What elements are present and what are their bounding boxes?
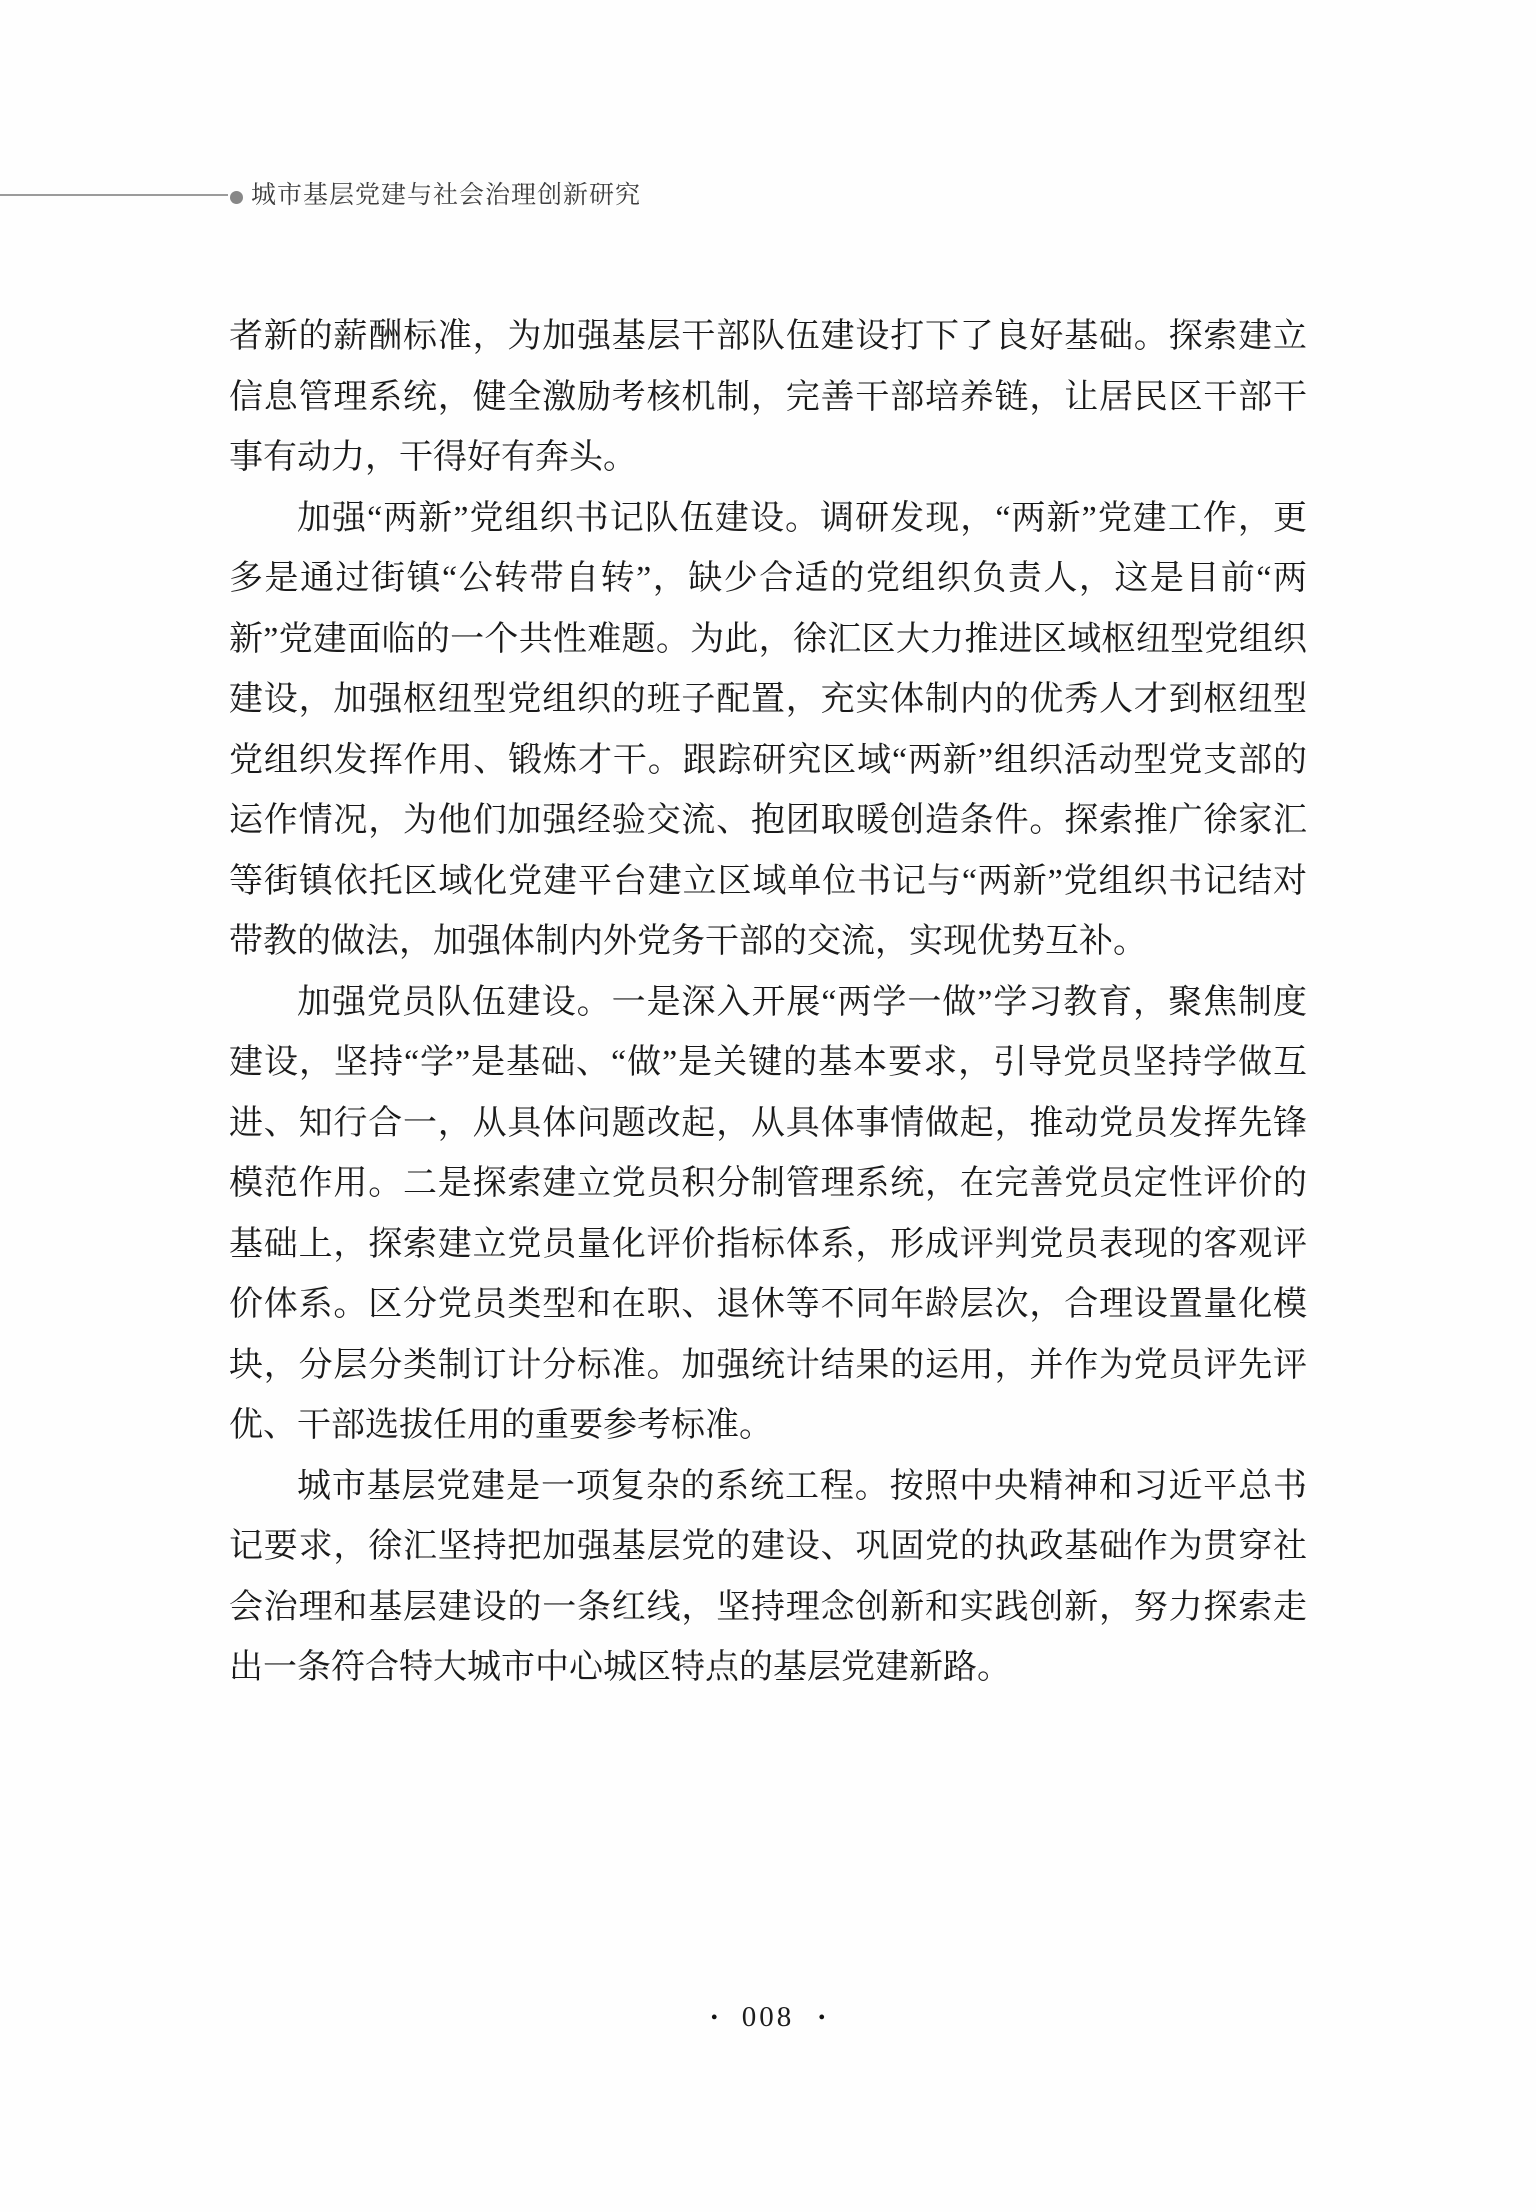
paragraph: 者新的薪酬标准，为加强基层干部队伍建设打下了良好基础。探索建立信息管理系统，健全… <box>229 307 1307 489</box>
paragraph: 加强党员队伍建设。一是深入开展“两学一做”学习教育，聚焦制度建设，坚持“学”是基… <box>229 973 1307 1457</box>
book-page: 城市基层党建与社会治理创新研究 者新的薪酬标准，为加强基层干部队伍建设打下了良好… <box>0 0 1536 2212</box>
header-rule <box>0 194 228 196</box>
running-head-title: 城市基层党建与社会治理创新研究 <box>251 182 641 209</box>
page-footer: • 008 • <box>0 2001 1536 2034</box>
paragraph: 城市基层党建是一项复杂的系统工程。按照中央精神和习近平总书记要求，徐汇坚持把加强… <box>229 1457 1307 1699</box>
paragraph: 加强“两新”党组织书记队伍建设。调研发现，“两新”党建工作，更多是通过街镇“公转… <box>229 489 1307 973</box>
header-bullet-icon <box>230 191 243 204</box>
footer-right-dot-icon: • <box>818 2008 825 2028</box>
body-text: 者新的薪酬标准，为加强基层干部队伍建设打下了良好基础。探索建立信息管理系统，健全… <box>229 307 1307 1699</box>
footer-left-dot-icon: • <box>711 2008 718 2028</box>
page-number: 008 <box>742 2001 795 2034</box>
